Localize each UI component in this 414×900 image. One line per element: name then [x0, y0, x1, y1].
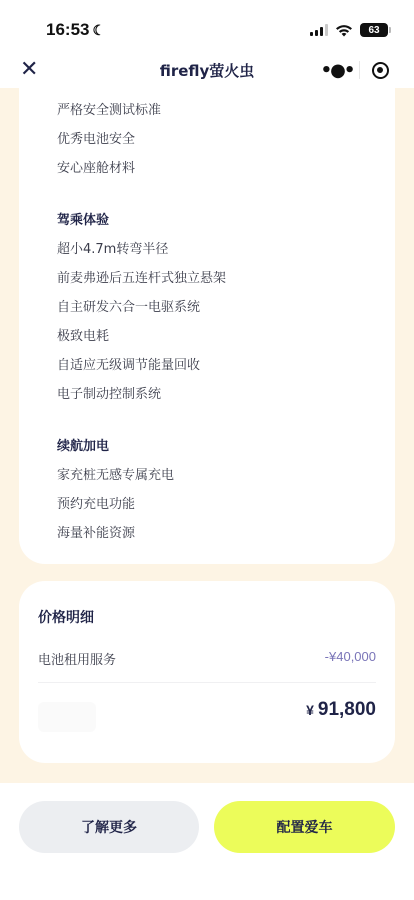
feature-item: 自适应无级调节能量回收 [57, 351, 395, 380]
feature-item: 海量补能资源 [57, 519, 395, 548]
more-icon[interactable]: •●• [315, 60, 359, 81]
feature-item: 家充桩无感专属充电 [57, 461, 395, 490]
divider [38, 682, 376, 683]
scroll-content[interactable]: 严格安全测试标准 优秀电池安全 安心座舱材料 驾乘体验 超小4.7m转弯半径 前… [0, 88, 414, 783]
section-title-charging: 续航加电 [57, 432, 395, 461]
feature-item: 优秀电池安全 [57, 125, 395, 154]
total-price: ¥91,800 [306, 699, 376, 721]
price-details-card: 价格明细 电池租用服务 -¥40,000 ¥91,800 [19, 581, 395, 763]
miniprogram-capsule: •●• [315, 56, 400, 84]
price-title: 价格明细 [38, 607, 94, 627]
target-icon [372, 62, 389, 79]
price-row-battery-rental: 电池租用服务 -¥40,000 [38, 649, 376, 668]
page-title: firefly萤火虫 [160, 60, 255, 81]
currency-symbol: ¥ [306, 702, 314, 718]
feature-item: 电子制动控制系统 [57, 380, 395, 409]
clock: 16:53 [46, 20, 89, 40]
feature-item: 严格安全测试标准 [57, 96, 395, 125]
price-row-value: -¥40,000 [325, 649, 376, 668]
features-card: 严格安全测试标准 优秀电池安全 安心座舱材料 驾乘体验 超小4.7m转弯半径 前… [19, 88, 395, 564]
close-icon[interactable]: ✕ [20, 56, 38, 84]
total-label-placeholder [38, 702, 96, 732]
configure-car-button[interactable]: 配置爱车 [214, 801, 395, 853]
signal-icon [310, 24, 328, 36]
moon-icon: ☾ [92, 22, 105, 39]
wifi-icon [335, 24, 353, 37]
feature-item: 极致电耗 [57, 322, 395, 351]
feature-item: 自主研发六合一电驱系统 [57, 293, 395, 322]
exit-miniprogram-button[interactable] [360, 62, 400, 79]
system-icons: 63 [310, 23, 388, 37]
nav-bar: ✕ firefly萤火虫 •●• [0, 52, 414, 88]
status-time: 16:53 ☾ [46, 20, 105, 40]
battery-icon: 63 [360, 23, 388, 37]
status-bar: 16:53 ☾ 63 [0, 0, 414, 52]
feature-item: 安心座舱材料 [57, 154, 395, 183]
section-title-driving: 驾乘体验 [57, 206, 395, 235]
feature-item: 前麦弗逊后五连杆式独立悬架 [57, 264, 395, 293]
price-row-label: 电池租用服务 [38, 649, 116, 668]
learn-more-button[interactable]: 了解更多 [19, 801, 199, 853]
feature-item: 预约充电功能 [57, 490, 395, 519]
feature-item: 超小4.7m转弯半径 [57, 235, 395, 264]
total-value: 91,800 [318, 699, 376, 720]
bottom-action-bar: 了解更多 配置爱车 [0, 783, 414, 900]
